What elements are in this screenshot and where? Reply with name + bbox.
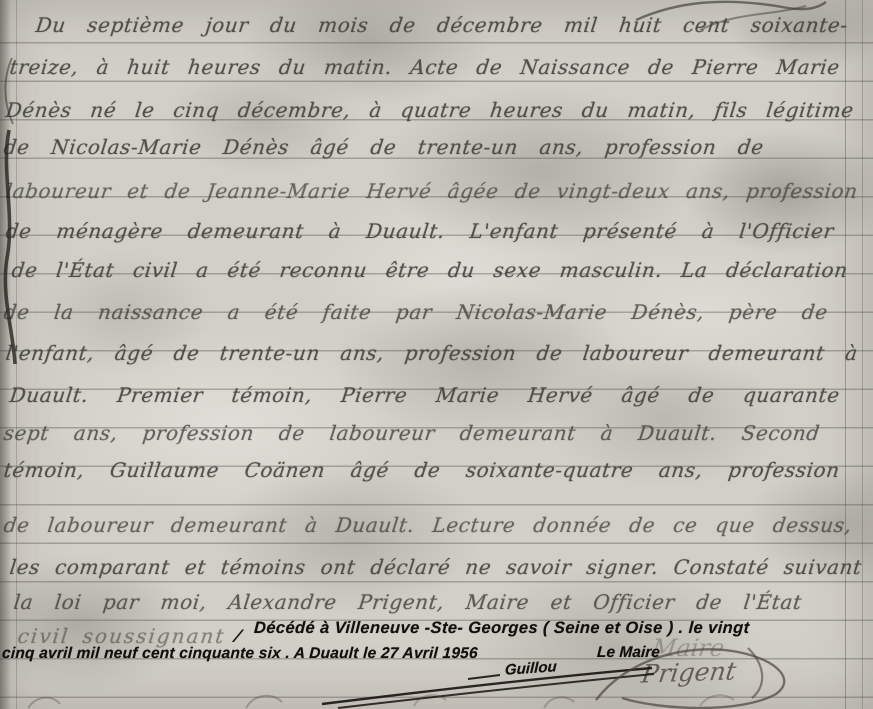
mayor-signature-dash	[468, 675, 500, 679]
record-line-1: Du septième jour du mois de décembre mil…	[34, 10, 850, 40]
insertion-mark: ⁄	[235, 626, 239, 647]
record-line-12: témoin, Guillaume Coänen âgé de soixante…	[2, 455, 842, 485]
next-line-curl-5	[700, 695, 734, 706]
record-line-10: Duault. Premier témoin, Pierre Marie Her…	[8, 380, 842, 410]
mayor-signature-text: Guillou	[505, 658, 558, 679]
officiant-signature-text: Prigent	[640, 656, 738, 688]
scanned-register-page: Du septième jour du mois de décembre mil…	[0, 0, 873, 709]
next-line-curl-4	[544, 697, 574, 708]
record-line-6: de ménagère demeurant à Duault. L'enfant…	[4, 216, 836, 246]
record-line-7: de l'État civil a été reconnu être du se…	[10, 255, 850, 285]
record-line-5: laboureur et de Jeanne-Marie Hervé âgée …	[4, 176, 860, 206]
record-line-11: sept ans, profession de laboureur demeur…	[2, 418, 822, 448]
marginal-note-line-2: cinq avril mil neuf cent cinquante six .…	[2, 645, 479, 663]
mayor-signature-underline	[322, 668, 652, 704]
next-line-curl-1	[28, 698, 60, 708]
record-line-13: de laboureur demeurant à Duault. Lecture…	[2, 510, 854, 540]
right-edge-rule	[862, 0, 863, 709]
next-line-curl-3	[414, 695, 446, 706]
record-line-14: les comparant et témoins ont déclaré ne …	[8, 552, 864, 582]
record-line-4: de Nicolas-Marie Dénès âgé de trente-un …	[2, 132, 766, 162]
record-line-8: de la naissance a été faite par Nicolas-…	[2, 297, 830, 327]
margin-ink-stroke	[5, 130, 15, 364]
record-line-2: treize, à huit heures du matin. Acte de …	[8, 52, 842, 82]
record-line-9: l'enfant, âgé de trente-un ans, professi…	[4, 338, 860, 368]
next-line-curl-2	[246, 696, 282, 708]
record-line-15: la loi par moi, Alexandre Prigent, Maire…	[12, 587, 804, 617]
officiant-signature-flourish-2	[748, 648, 762, 698]
mayor-signature-underline-2	[338, 674, 654, 708]
marginal-note-line-1: Décédé à Villeneuve -Ste- Georges ( Sein…	[254, 619, 751, 638]
record-line-3: Dénès né le cinq décembre, à quatre heur…	[4, 95, 856, 125]
